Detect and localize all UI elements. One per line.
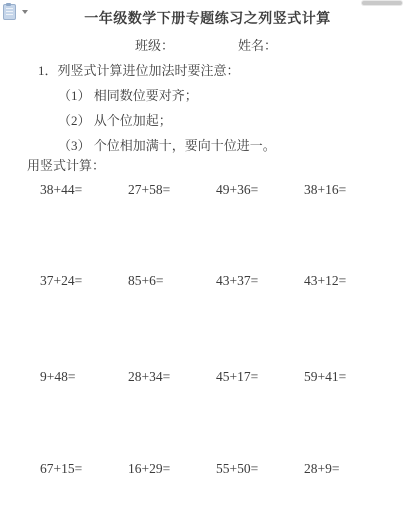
scrollbar-fragment xyxy=(362,1,402,5)
section-label: 用竖式计算： xyxy=(27,155,105,174)
instruction-item-2: （2） 从个位加起； xyxy=(58,110,172,129)
problem: 37+24= xyxy=(40,273,128,289)
problem: 59+41= xyxy=(304,369,392,385)
name-label: 姓名： xyxy=(238,35,277,54)
problem: 43+12= xyxy=(304,273,392,289)
problem: 9+48= xyxy=(40,369,128,385)
problem: 28+34= xyxy=(128,369,216,385)
problem: 45+17= xyxy=(216,369,304,385)
problem: 38+44= xyxy=(40,182,128,198)
problem-row: 9+48= 28+34= 45+17= 59+41= xyxy=(0,369,415,385)
instruction-item-1: （1） 相同数位要对齐； xyxy=(58,85,198,104)
worksheet-page: 一年级数学下册专题练习之列竖式计算 班级： 姓名： 1．列竖式计算进位加法时要注… xyxy=(0,0,415,512)
problem: 43+37= xyxy=(216,273,304,289)
instructions-heading: 1．列竖式计算进位加法时要注意： xyxy=(38,60,240,79)
problem-row: 38+44= 27+58= 49+36= 38+16= xyxy=(0,182,415,198)
problem: 85+6= xyxy=(128,273,216,289)
class-label: 班级： xyxy=(135,35,174,54)
problem: 38+16= xyxy=(304,182,392,198)
problem: 16+29= xyxy=(128,461,216,477)
problem-row: 37+24= 85+6= 43+37= 43+12= xyxy=(0,273,415,289)
problem: 28+9= xyxy=(304,461,392,477)
page-title: 一年级数学下册专题练习之列竖式计算 xyxy=(0,8,415,28)
instruction-item-3: （3） 个位相加满十，要向十位进一。 xyxy=(58,135,276,154)
problem: 67+15= xyxy=(40,461,128,477)
problem: 55+50= xyxy=(216,461,304,477)
problem: 27+58= xyxy=(128,182,216,198)
problem-row: 67+15= 16+29= 55+50= 28+9= xyxy=(0,461,415,477)
form-line: 班级： 姓名： xyxy=(135,35,277,54)
problem: 49+36= xyxy=(216,182,304,198)
